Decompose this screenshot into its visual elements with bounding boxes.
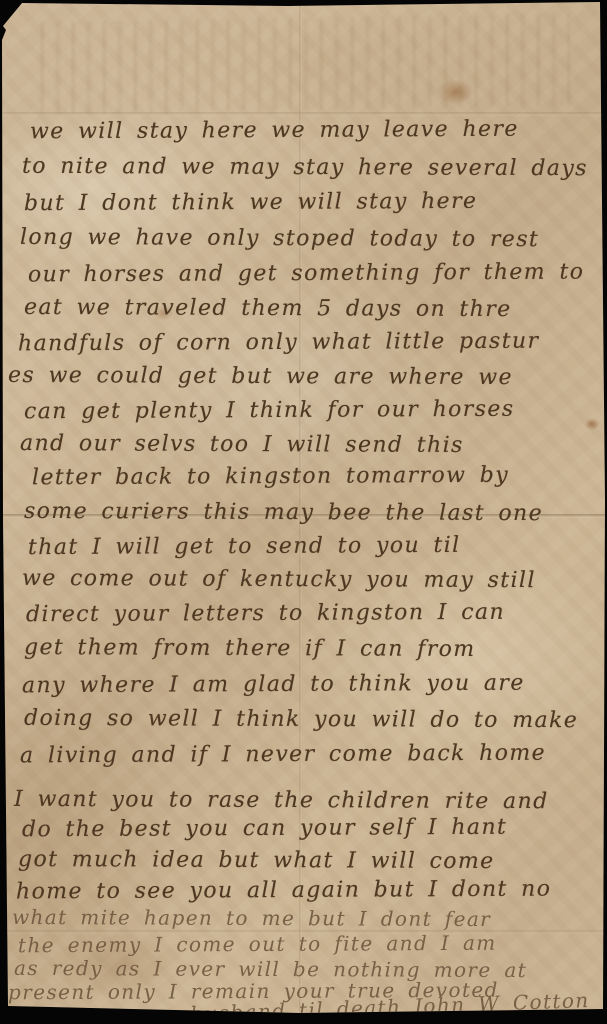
letter-line: and our selvs too I will send this: [20, 431, 464, 458]
letter-line: eat we traveled them 5 days on thre: [24, 295, 512, 322]
letter-line: some curiers this may bee the last one: [24, 499, 543, 526]
fold-crease-top: [0, 112, 607, 116]
letter-line: do the best you can your self I hant: [22, 815, 507, 843]
letter-line: long we have only stoped today to rest: [20, 225, 539, 252]
letter-line: to nite and we may stay here several day…: [22, 154, 588, 181]
letter-line: handfuls of corn only what little pastur: [18, 329, 540, 357]
letter-line: letter back to kingston tomarrow by: [32, 463, 509, 490]
letter-line: doing so well I think you will do to mak…: [24, 706, 578, 733]
letter-line: can get plenty I think for our horses: [24, 397, 515, 425]
letter-scan: we will stay here we may leave here to n…: [0, 0, 607, 1024]
letter-line: our horses and get something for them to: [28, 260, 584, 288]
letter-line: that I will get to send to you til: [28, 533, 461, 560]
letter-line: home to see you all again but I dont no: [16, 877, 551, 905]
letter-line: any where I am glad to think you are: [22, 671, 525, 699]
letter-line: but I dont think we will stay here: [24, 189, 478, 216]
letter-line: get them from there if I can from: [24, 635, 476, 662]
letter-line: got much idea but what I will come: [18, 847, 495, 874]
letter-line: we come out of kentucky you may still: [22, 566, 536, 593]
letter-line: es we could get but we are where we: [8, 363, 513, 390]
letter-line: what mite hapen to me but I dont fear: [12, 905, 491, 931]
letter-line: a living and if I never come back home: [20, 741, 546, 769]
letter-line: the enemy I come out to fite and I am: [18, 931, 497, 958]
letter-line: I want you to rase the children rite and: [14, 787, 549, 814]
letter-line: direct your letters to kingston I can: [26, 600, 505, 628]
letter-paper: we will stay here we may leave here to n…: [0, 0, 607, 1024]
letter-line: we will stay here we may leave here: [30, 117, 519, 145]
